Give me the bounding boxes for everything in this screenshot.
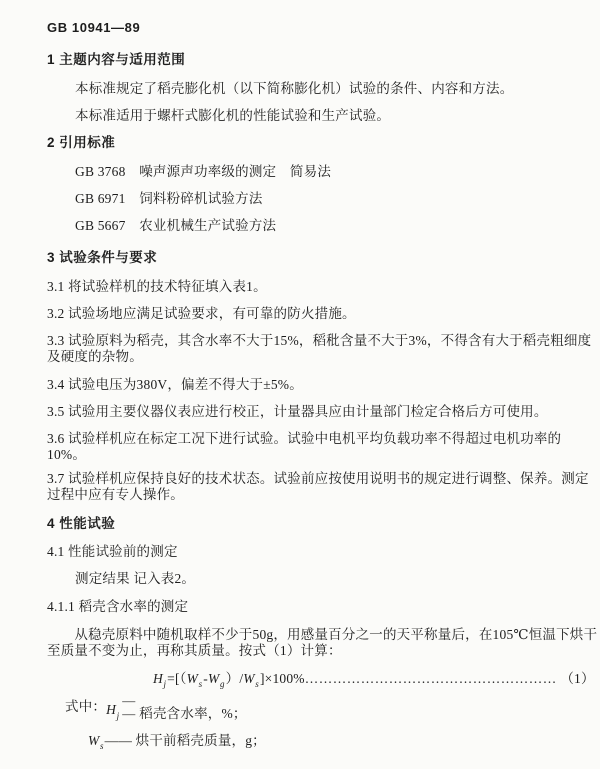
formula-dot-leader: ……………………………………………… <box>305 671 557 686</box>
clause-4-1-1: 4.1.1 稻壳含水率的测定 <box>47 599 188 615</box>
where-dash: —— <box>105 733 132 748</box>
formula-1: Hj=[（Ws-Wg）/Ws]×100%……………………………………………… （… <box>153 671 595 687</box>
clause-3-4: 3.4 试验电压为380V，偏差不得大于±5%。 <box>47 377 303 393</box>
where-var-h: H <box>106 702 116 717</box>
where-sub-j: j <box>117 711 120 721</box>
clause-4-1-note: 测定结果 记入表2。 <box>75 571 195 587</box>
reference-gb-3768: GB 3768 噪声源声功率级的测定 简易法 <box>75 164 331 180</box>
dash-stack: —— <box>122 697 137 717</box>
formula-sub-g: g <box>220 679 225 689</box>
formula-sub-s: s <box>199 679 203 689</box>
clause-3-3: 3.3 试验原料为稻壳，其含水率不大于15%，稻秕含量不大于3%，不得含有大于稻… <box>47 333 591 365</box>
clause-4-1: 4.1 性能试验前的测定 <box>47 544 178 560</box>
document-page: GB 10941—89 1 主题内容与适用范围 本标准规定了稻壳膨化机（以下简称… <box>0 0 600 769</box>
doc-number: GB 10941—89 <box>47 20 140 36</box>
formula-eq-open: =[（ <box>167 671 186 686</box>
where-definition-ws: Ws—— 烘干前稻壳质量，g； <box>88 733 266 749</box>
formula-var-wg: W <box>208 671 219 686</box>
clause-3-2: 3.2 试验场地应满足试验要求，有可靠的防火措施。 <box>47 306 356 322</box>
section-4-heading: 4 性能试验 <box>47 516 115 532</box>
where-definition-hj: 式中：Hj——稻壳含水率，%； <box>65 697 247 717</box>
section-1-paragraph-1: 本标准规定了稻壳膨化机（以下简称膨化机）试验的条件、内容和方法。 <box>75 81 513 97</box>
formula-close-div: ）/ <box>226 671 244 686</box>
where-desc-hj: 稻壳含水率，%； <box>139 706 246 721</box>
formula-sub-j: j <box>163 679 166 689</box>
formula-number: （1） <box>560 671 594 686</box>
where-label: 式中： <box>65 699 106 714</box>
reference-gb-5667: GB 5667 农业机械生产试验方法 <box>75 218 276 234</box>
section-1-heading: 1 主题内容与适用范围 <box>47 52 185 68</box>
clause-4-1-1-paragraph: 从稳壳原料中随机取样不少于50g，用感量百分之一的天平称量后，在105℃恒温下烘… <box>47 627 597 659</box>
clause-3-1: 3.1 将试验样机的技术特征填入表1。 <box>47 279 267 295</box>
clause-3-7: 3.7 试验样机应保持良好的技术状态。试验前应按使用说明书的规定进行调整、保养。… <box>47 471 589 503</box>
formula-var-ws: W <box>187 671 198 686</box>
formula-var-h: H <box>153 671 163 686</box>
clause-3-6: 3.6 试验样机应在标定工况下进行试验。试验中电机平均负载功率不得超过电机功率的… <box>47 431 561 463</box>
where-var-w: W <box>88 733 99 748</box>
where-sub-s: s <box>100 741 104 751</box>
formula-var-ws2: W <box>243 671 254 686</box>
formula-sub-s2: s <box>255 679 259 689</box>
where-desc-ws: 烘干前稻壳质量，g； <box>132 733 266 748</box>
clause-3-5: 3.5 试验用主要仪器仪表应进行校正，计量器具应由计量部门检定合格后方可使用。 <box>47 404 548 420</box>
section-3-heading: 3 试验条件与要求 <box>47 250 157 266</box>
reference-gb-6971: GB 6971 饲料粉碎机试验方法 <box>75 191 263 207</box>
section-2-heading: 2 引用标准 <box>47 135 115 151</box>
formula-close-mult: ]×100% <box>260 671 305 686</box>
section-1-paragraph-2: 本标准适用于螺杆式膨化机的性能试验和生产试验。 <box>75 108 390 124</box>
